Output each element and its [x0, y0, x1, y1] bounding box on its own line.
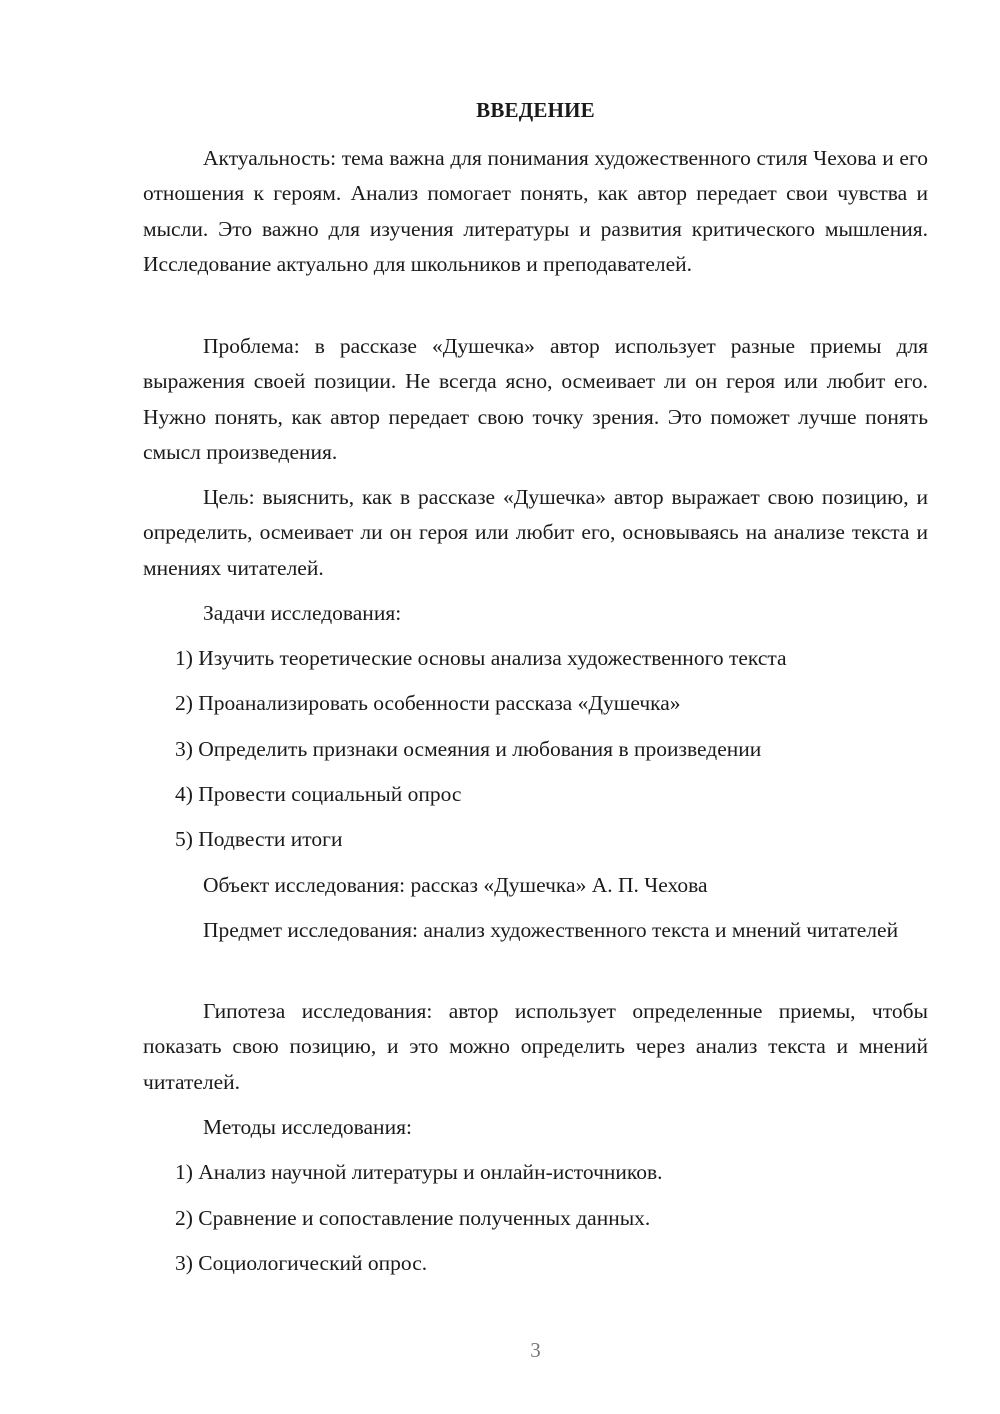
page-number: 3	[143, 1338, 928, 1363]
task-item: 1) Изучить теоретические основы анализа …	[175, 641, 787, 676]
subject-paragraph: Предмет исследования: анализ художествен…	[143, 913, 928, 948]
goal-paragraph: Цель: выяснить, как в рассказе «Душечка»…	[143, 480, 928, 586]
task-item: 2) Проанализировать особенности рассказа…	[175, 686, 681, 721]
methods-label: Методы исследования:	[203, 1110, 412, 1145]
object-paragraph: Объект исследования: рассказ «Душечка» А…	[203, 868, 708, 903]
section-heading: ВВЕДЕНИЕ	[143, 98, 928, 123]
method-item: 1) Анализ научной литературы и онлайн-ис…	[175, 1155, 663, 1190]
task-item: 3) Определить признаки осмеяния и любова…	[175, 732, 761, 767]
task-item: 5) Подвести итоги	[175, 822, 343, 857]
tasks-label: Задачи исследования:	[203, 596, 401, 631]
hypothesis-paragraph: Гипотеза исследования: автор использует …	[143, 994, 928, 1100]
method-item: 3) Социологический опрос.	[175, 1246, 427, 1281]
method-item: 2) Сравнение и сопоставление полученных …	[175, 1201, 650, 1236]
relevance-paragraph: Актуальность: тема важна для понимания х…	[143, 141, 928, 282]
task-item: 4) Провести социальный опрос	[175, 777, 461, 812]
problem-paragraph: Проблема: в рассказе «Душечка» автор исп…	[143, 329, 928, 470]
